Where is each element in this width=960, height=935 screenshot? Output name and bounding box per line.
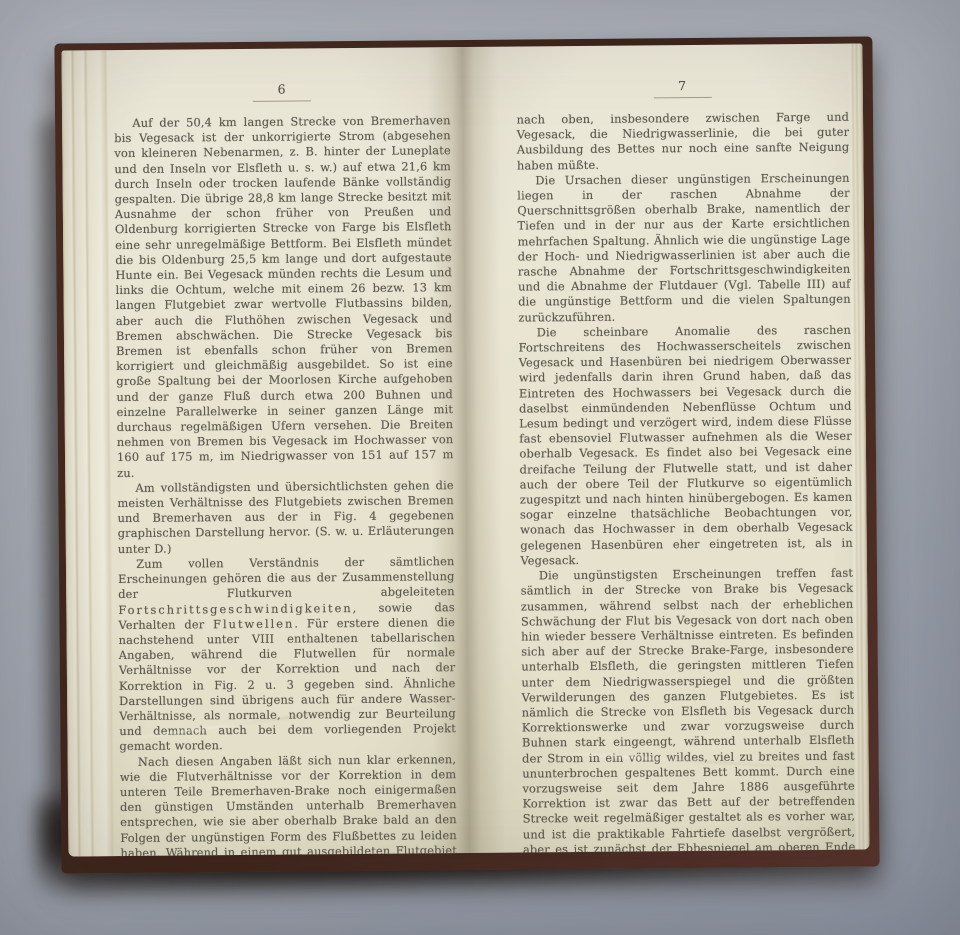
paragraph: Nach diesen Angaben läßt sich nun klar e… — [120, 752, 458, 857]
paragraph: Die scheinbare Anomalie des raschen Fort… — [518, 322, 853, 568]
paragraph: Die Ursachen dieser ungünstigen Erschein… — [517, 170, 851, 325]
text-run: Zum vollen Verständnis der sämtlichen Er… — [118, 554, 455, 601]
text-run: Die scheinbare Anomalie des raschen Fort… — [519, 322, 853, 567]
left-page-header: 6 — [114, 77, 451, 103]
text-run: Auf der 50,4 km langen Strecke von Breme… — [114, 113, 453, 480]
text-run: Am vollständigsten und übersichtlichsten… — [117, 478, 454, 556]
text-run: Die Ursachen dieser ungünstigen Erschein… — [517, 170, 851, 324]
emphasized-text: Fortschrittsgeschwindigkeiten — [118, 601, 352, 617]
right-page-surface: 7 nach oben, insbesondere zwischen Farge… — [462, 44, 870, 853]
page-spread: 6 Auf der 50,4 km langen Strecke von Bre… — [61, 44, 869, 857]
left-page: 6 Auf der 50,4 km langen Strecke von Bre… — [61, 47, 469, 856]
text-run: . Für erstere dienen die nachstehend unt… — [119, 615, 456, 754]
text-run: nach oben, insbesondere zwischen Farge u… — [517, 110, 850, 173]
emphasized-text: Flutwellen — [213, 616, 294, 631]
page-number-right: 7 — [678, 78, 687, 93]
right-page: 7 nach oben, insbesondere zwischen Farge… — [462, 44, 870, 853]
page-number-rule-left — [253, 100, 311, 102]
paragraph: Die ungünstigsten Erscheinungen treffen … — [520, 566, 856, 857]
left-page-text: Auf der 50,4 km langen Strecke von Breme… — [114, 113, 458, 856]
paragraph: Am vollständigsten und übersichtlichsten… — [117, 478, 454, 557]
book: 6 Auf der 50,4 km langen Strecke von Bre… — [54, 36, 879, 873]
text-run: Die ungünstigsten Erscheinungen treffen … — [521, 566, 856, 857]
right-page-text: nach oben, insbesondere zwischen Farge u… — [517, 110, 857, 857]
paragraph: nach oben, insbesondere zwischen Farge u… — [517, 110, 850, 174]
book-photograph: 6 Auf der 50,4 km langen Strecke von Bre… — [0, 0, 960, 935]
page-number-left: 6 — [278, 82, 287, 97]
paragraph: Zum vollen Verständnis der sämtlichen Er… — [118, 554, 456, 755]
right-page-header: 7 — [516, 74, 849, 100]
paragraph: Auf der 50,4 km langen Strecke von Breme… — [114, 113, 454, 481]
page-number-rule-right — [654, 97, 712, 99]
left-page-surface: 6 Auf der 50,4 km langen Strecke von Bre… — [61, 47, 469, 856]
text-run: Nach diesen Angaben läßt sich nun klar e… — [120, 752, 458, 857]
